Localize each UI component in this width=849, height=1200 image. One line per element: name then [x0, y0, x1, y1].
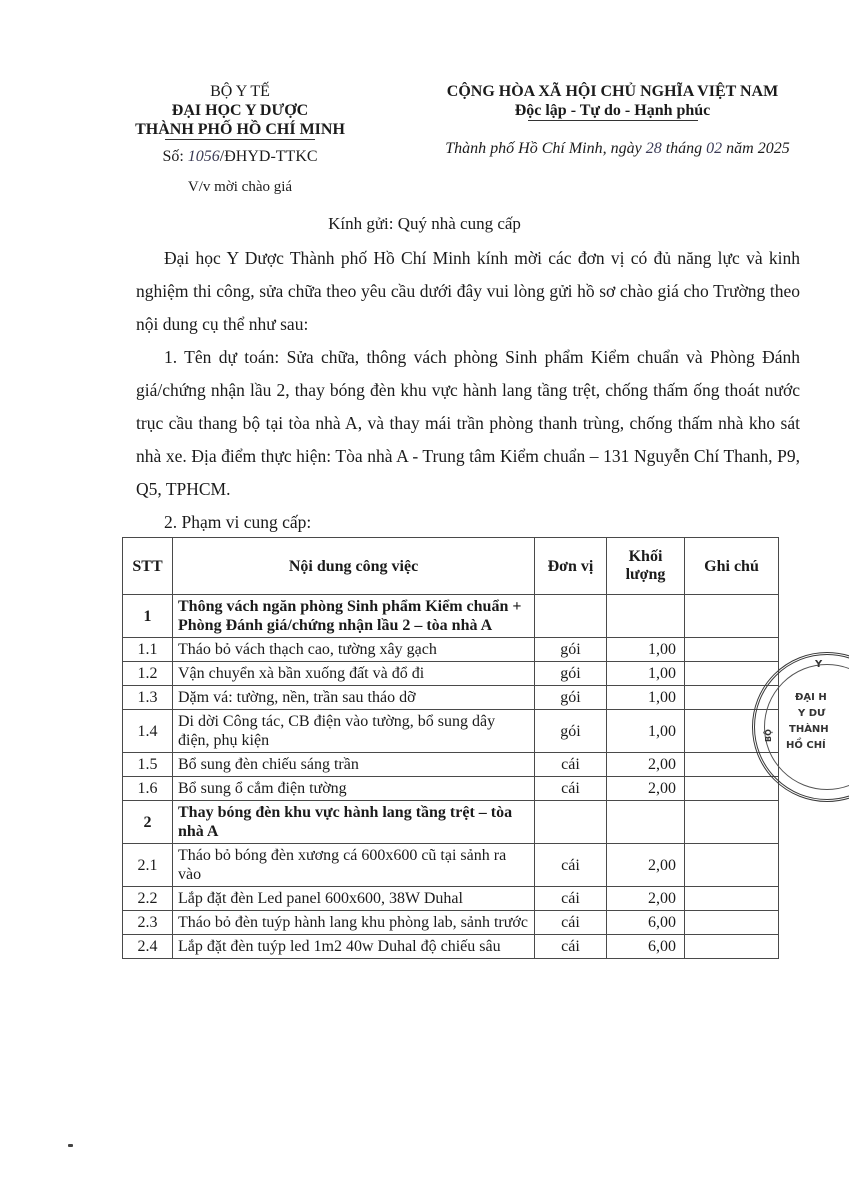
cell-content: Tháo bỏ bóng đèn xương cá 600x600 cũ tại…	[173, 844, 535, 887]
cell-quantity: 2,00	[607, 777, 685, 801]
document-number-prefix: Số:	[162, 148, 187, 165]
intro-text: Đại học Y Dược Thành phố Hồ Chí Minh kín…	[136, 248, 800, 334]
cell-quantity: 6,00	[607, 911, 685, 935]
table-row: 1.6Bổ sung ổ cắm điện tườngcái2,00	[123, 777, 779, 801]
cell-note	[685, 777, 779, 801]
header-stt: STT	[123, 538, 173, 595]
university-name-line2: THÀNH PHỐ HỒ CHÍ MINH	[120, 120, 360, 139]
date-prefix: Thành phố Hồ Chí Minh, ngày	[445, 140, 645, 157]
section-1-text: 1. Tên dự toán: Sửa chữa, thông vách phò…	[136, 347, 800, 499]
header-unit: Đơn vị	[535, 538, 607, 595]
table-row: 1.1Tháo bỏ vách thạch cao, tường xây gạc…	[123, 638, 779, 662]
cell-quantity: 1,00	[607, 638, 685, 662]
cell-content: Bổ sung ổ cắm điện tường	[173, 777, 535, 801]
document-number-suffix: /ĐHYD-TTKC	[220, 148, 318, 165]
table-row: 2.3Tháo bỏ đèn tuýp hành lang khu phòng …	[123, 911, 779, 935]
cell-stt: 2	[123, 801, 173, 844]
cell-note	[685, 911, 779, 935]
stamp-top-text: Y	[815, 657, 822, 672]
cell-content: Lắp đặt đèn Led panel 600x600, 38W Duhal	[173, 887, 535, 911]
cell-content: Di dời Công tác, CB điện vào tường, bổ s…	[173, 710, 535, 753]
header-note: Ghi chú	[685, 538, 779, 595]
table-header-row: STT Nội dung công việc Đơn vị Khối lượng…	[123, 538, 779, 595]
cell-stt: 2.1	[123, 844, 173, 887]
cell-unit: gói	[535, 686, 607, 710]
header-content: Nội dung công việc	[173, 538, 535, 595]
cell-stt: 1.5	[123, 753, 173, 777]
stamp-line-1: ĐẠI H	[795, 690, 827, 705]
cell-content: Tháo bỏ vách thạch cao, tường xây gạch	[173, 638, 535, 662]
cell-unit: gói	[535, 710, 607, 753]
date-month: 02	[706, 140, 722, 157]
cell-stt: 2.2	[123, 887, 173, 911]
cell-content: Lắp đặt đèn tuýp led 1m2 40w Duhal độ ch…	[173, 935, 535, 959]
cell-content: Bổ sung đèn chiếu sáng trần	[173, 753, 535, 777]
issuer-header: BỘ Y TẾ ĐẠI HỌC Y DƯỢC THÀNH PHỐ HỒ CHÍ …	[120, 82, 360, 197]
section-1-paragraph: 1. Tên dự toán: Sửa chữa, thông vách phò…	[136, 341, 800, 506]
stamp-line-4: HỒ CHÍ	[786, 738, 826, 753]
scan-mark	[68, 1144, 73, 1147]
cell-note	[685, 844, 779, 887]
stamp-line-2: Y DƯ	[798, 706, 825, 721]
document-date: Thành phố Hồ Chí Minh, ngày 28 tháng 02 …	[420, 140, 815, 158]
document-number-handwritten: 1056	[188, 148, 220, 165]
table-row: 1.5Bổ sung đèn chiếu sáng trầncái2,00	[123, 753, 779, 777]
date-year: năm 2025	[722, 140, 790, 157]
header-underline	[165, 139, 315, 140]
cell-content: Tháo bỏ đèn tuýp hành lang khu phòng lab…	[173, 911, 535, 935]
cell-unit: cái	[535, 935, 607, 959]
university-name-line1: ĐẠI HỌC Y DƯỢC	[120, 101, 360, 120]
table-row: 2.1Tháo bỏ bóng đèn xương cá 600x600 cũ …	[123, 844, 779, 887]
cell-note	[685, 662, 779, 686]
table-row: 2.4Lắp đặt đèn tuýp led 1m2 40w Duhal độ…	[123, 935, 779, 959]
cell-unit	[535, 595, 607, 638]
cell-quantity: 1,00	[607, 710, 685, 753]
motto-underline	[528, 120, 698, 121]
cell-stt: 1.6	[123, 777, 173, 801]
cell-content: Vận chuyển xà bần xuống đất và đổ đi	[173, 662, 535, 686]
cell-quantity: 2,00	[607, 844, 685, 887]
section-2-text: 2. Phạm vi cung cấp:	[164, 512, 311, 532]
cell-content: Thông vách ngăn phòng Sinh phẩm Kiểm chu…	[173, 595, 535, 638]
nation-name: CỘNG HÒA XÃ HỘI CHỦ NGHĨA VIỆT NAM	[420, 82, 805, 101]
cell-unit	[535, 801, 607, 844]
cell-unit: cái	[535, 844, 607, 887]
cell-unit: gói	[535, 638, 607, 662]
cell-content: Thay bóng đèn khu vực hành lang tầng trệ…	[173, 801, 535, 844]
cell-stt: 1.4	[123, 710, 173, 753]
cell-note	[685, 595, 779, 638]
cell-quantity	[607, 801, 685, 844]
cell-unit: cái	[535, 777, 607, 801]
document-number: Số: 1056/ĐHYD-TTKC	[120, 147, 360, 166]
cell-stt: 1.3	[123, 686, 173, 710]
table-group-row: 1Thông vách ngăn phòng Sinh phẩm Kiểm ch…	[123, 595, 779, 638]
cell-stt: 2.3	[123, 911, 173, 935]
cell-stt: 1.2	[123, 662, 173, 686]
date-day: 28	[646, 140, 662, 157]
date-mid: tháng	[662, 140, 706, 157]
cell-quantity: 2,00	[607, 887, 685, 911]
cell-stt: 2.4	[123, 935, 173, 959]
header-quantity: Khối lượng	[607, 538, 685, 595]
cell-quantity: 1,00	[607, 662, 685, 686]
cell-note	[685, 801, 779, 844]
ministry-name: BỘ Y TẾ	[120, 82, 360, 101]
cell-quantity: 6,00	[607, 935, 685, 959]
table-row: 1.2Vận chuyển xà bần xuống đất và đổ đig…	[123, 662, 779, 686]
table-row: 1.4Di dời Công tác, CB điện vào tường, b…	[123, 710, 779, 753]
document-subject: V/v mời chào giá	[120, 178, 360, 197]
stamp-line-3: THÀNH	[789, 722, 829, 737]
cell-note	[685, 638, 779, 662]
nation-header: CỘNG HÒA XÃ HỘI CHỦ NGHĨA VIỆT NAM Độc l…	[420, 82, 805, 121]
section-2-heading: 2. Phạm vi cung cấp:	[136, 506, 800, 539]
cell-quantity: 1,00	[607, 686, 685, 710]
scope-table: STT Nội dung công việc Đơn vị Khối lượng…	[122, 537, 779, 959]
table-group-row: 2Thay bóng đèn khu vực hành lang tầng tr…	[123, 801, 779, 844]
stamp-side-text: BỘ	[761, 729, 776, 742]
national-motto: Độc lập - Tự do - Hạnh phúc	[420, 101, 805, 120]
salutation: Kính gửi: Quý nhà cung cấp	[0, 214, 849, 234]
cell-unit: gói	[535, 662, 607, 686]
cell-note	[685, 935, 779, 959]
cell-quantity: 2,00	[607, 753, 685, 777]
cell-stt: 1.1	[123, 638, 173, 662]
cell-content: Dặm vá: tường, nền, trần sau tháo dỡ	[173, 686, 535, 710]
cell-note	[685, 887, 779, 911]
cell-unit: cái	[535, 753, 607, 777]
table-row: 1.3Dặm vá: tường, nền, trần sau tháo dỡg…	[123, 686, 779, 710]
table-row: 2.2Lắp đặt đèn Led panel 600x600, 38W Du…	[123, 887, 779, 911]
cell-quantity	[607, 595, 685, 638]
cell-stt: 1	[123, 595, 173, 638]
cell-unit: cái	[535, 911, 607, 935]
cell-unit: cái	[535, 887, 607, 911]
intro-paragraph: Đại học Y Dược Thành phố Hồ Chí Minh kín…	[136, 242, 800, 341]
